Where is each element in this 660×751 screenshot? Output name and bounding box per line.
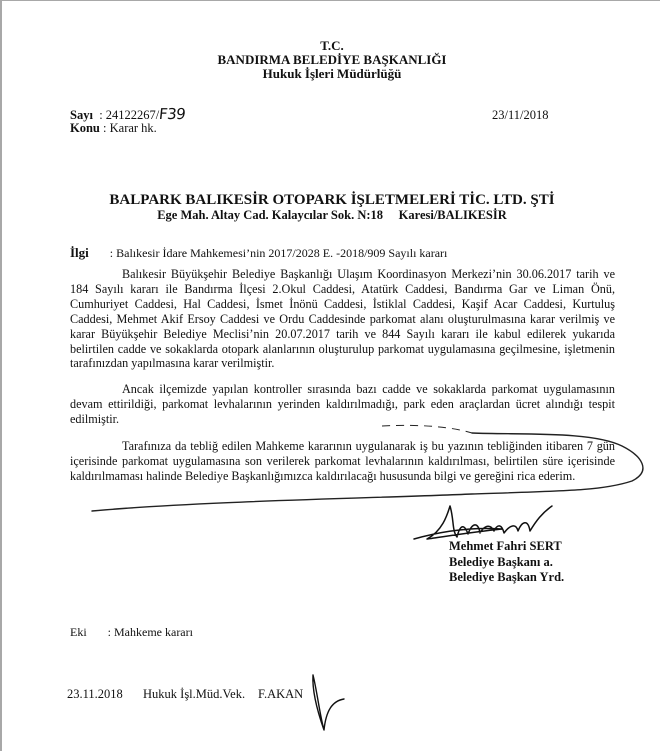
signature-block: Mehmet Fahri SERT Belediye Başkanı a. Be…: [449, 539, 564, 586]
signatory-title-2: Belediye Başkan Yrd.: [449, 570, 564, 586]
recipient-address-row: Ege Mah. Altay Cad. Kalaycılar Sok. N:18…: [2, 208, 660, 222]
signatory-name: Mehmet Fahri SERT: [449, 539, 564, 555]
paragraph-text: Ancak ilçemizde yapılan kontroller sıras…: [70, 382, 615, 427]
recipient-name: BALPARK BALIKESİR OTOPARK İŞLETMELERİ Tİ…: [2, 192, 660, 208]
body-paragraph-2: Ancak ilçemizde yapılan kontroller sıras…: [70, 382, 615, 427]
attachment-value: : Mahkeme kararı: [108, 625, 193, 639]
recipient-city: Karesi/BALIKESİR: [399, 208, 507, 222]
paragraph-text: Balıkesir Büyükşehir Belediye Başkanlığı…: [70, 267, 615, 371]
header-department: Hukuk İşleri Müdürlüğü: [2, 67, 660, 81]
konu-row: Konu : Karar hk.: [70, 121, 157, 135]
sayi-value: : 24122267/: [99, 108, 159, 122]
body-paragraph-1: Balıkesir Büyükşehir Belediye Başkanlığı…: [70, 267, 615, 371]
reference-value: : Balıkesir İdare Mahkemesi’nin 2017/202…: [110, 246, 448, 260]
document-date: 23/11/2018: [492, 108, 548, 123]
initial-mark-icon: [313, 675, 344, 730]
header-tc: T.C.: [2, 39, 660, 53]
recipient-address: Ege Mah. Altay Cad. Kalaycılar Sok. N:18: [157, 208, 383, 222]
konu-label: Konu: [70, 121, 100, 135]
footer-initials: F.AKAN: [258, 687, 303, 702]
footer-date: 23.11.2018: [67, 687, 123, 702]
document-page: T.C. BANDIRMA BELEDİYE BAŞKANLIĞI Hukuk …: [0, 0, 660, 751]
header-institution: BANDIRMA BELEDİYE BAŞKANLIĞI: [2, 53, 660, 67]
reference-label: İlgi: [70, 245, 89, 260]
signature-scribble-icon: [414, 506, 552, 539]
signatory-title-1: Belediye Başkanı a.: [449, 555, 564, 571]
konu-value: : Karar hk.: [103, 121, 157, 135]
attachment-label: Eki: [70, 625, 87, 639]
footer-department: Hukuk İşl.Müd.Vek.: [143, 687, 245, 702]
sayi-handwritten-number: F39: [159, 107, 187, 121]
paragraph-text: Tarafınıza da tebliğ edilen Mahkeme kara…: [70, 439, 615, 484]
reference-row: İlgi : Balıkesir İdare Mahkemesi’nin 201…: [70, 245, 447, 261]
body-paragraph-3: Tarafınıza da tebliğ edilen Mahkeme kara…: [70, 439, 615, 484]
attachment-row: Eki : Mahkeme kararı: [70, 625, 193, 640]
sayi-label: Sayı: [70, 108, 93, 122]
sayi-row: Sayı : 24122267/F39: [70, 107, 185, 122]
